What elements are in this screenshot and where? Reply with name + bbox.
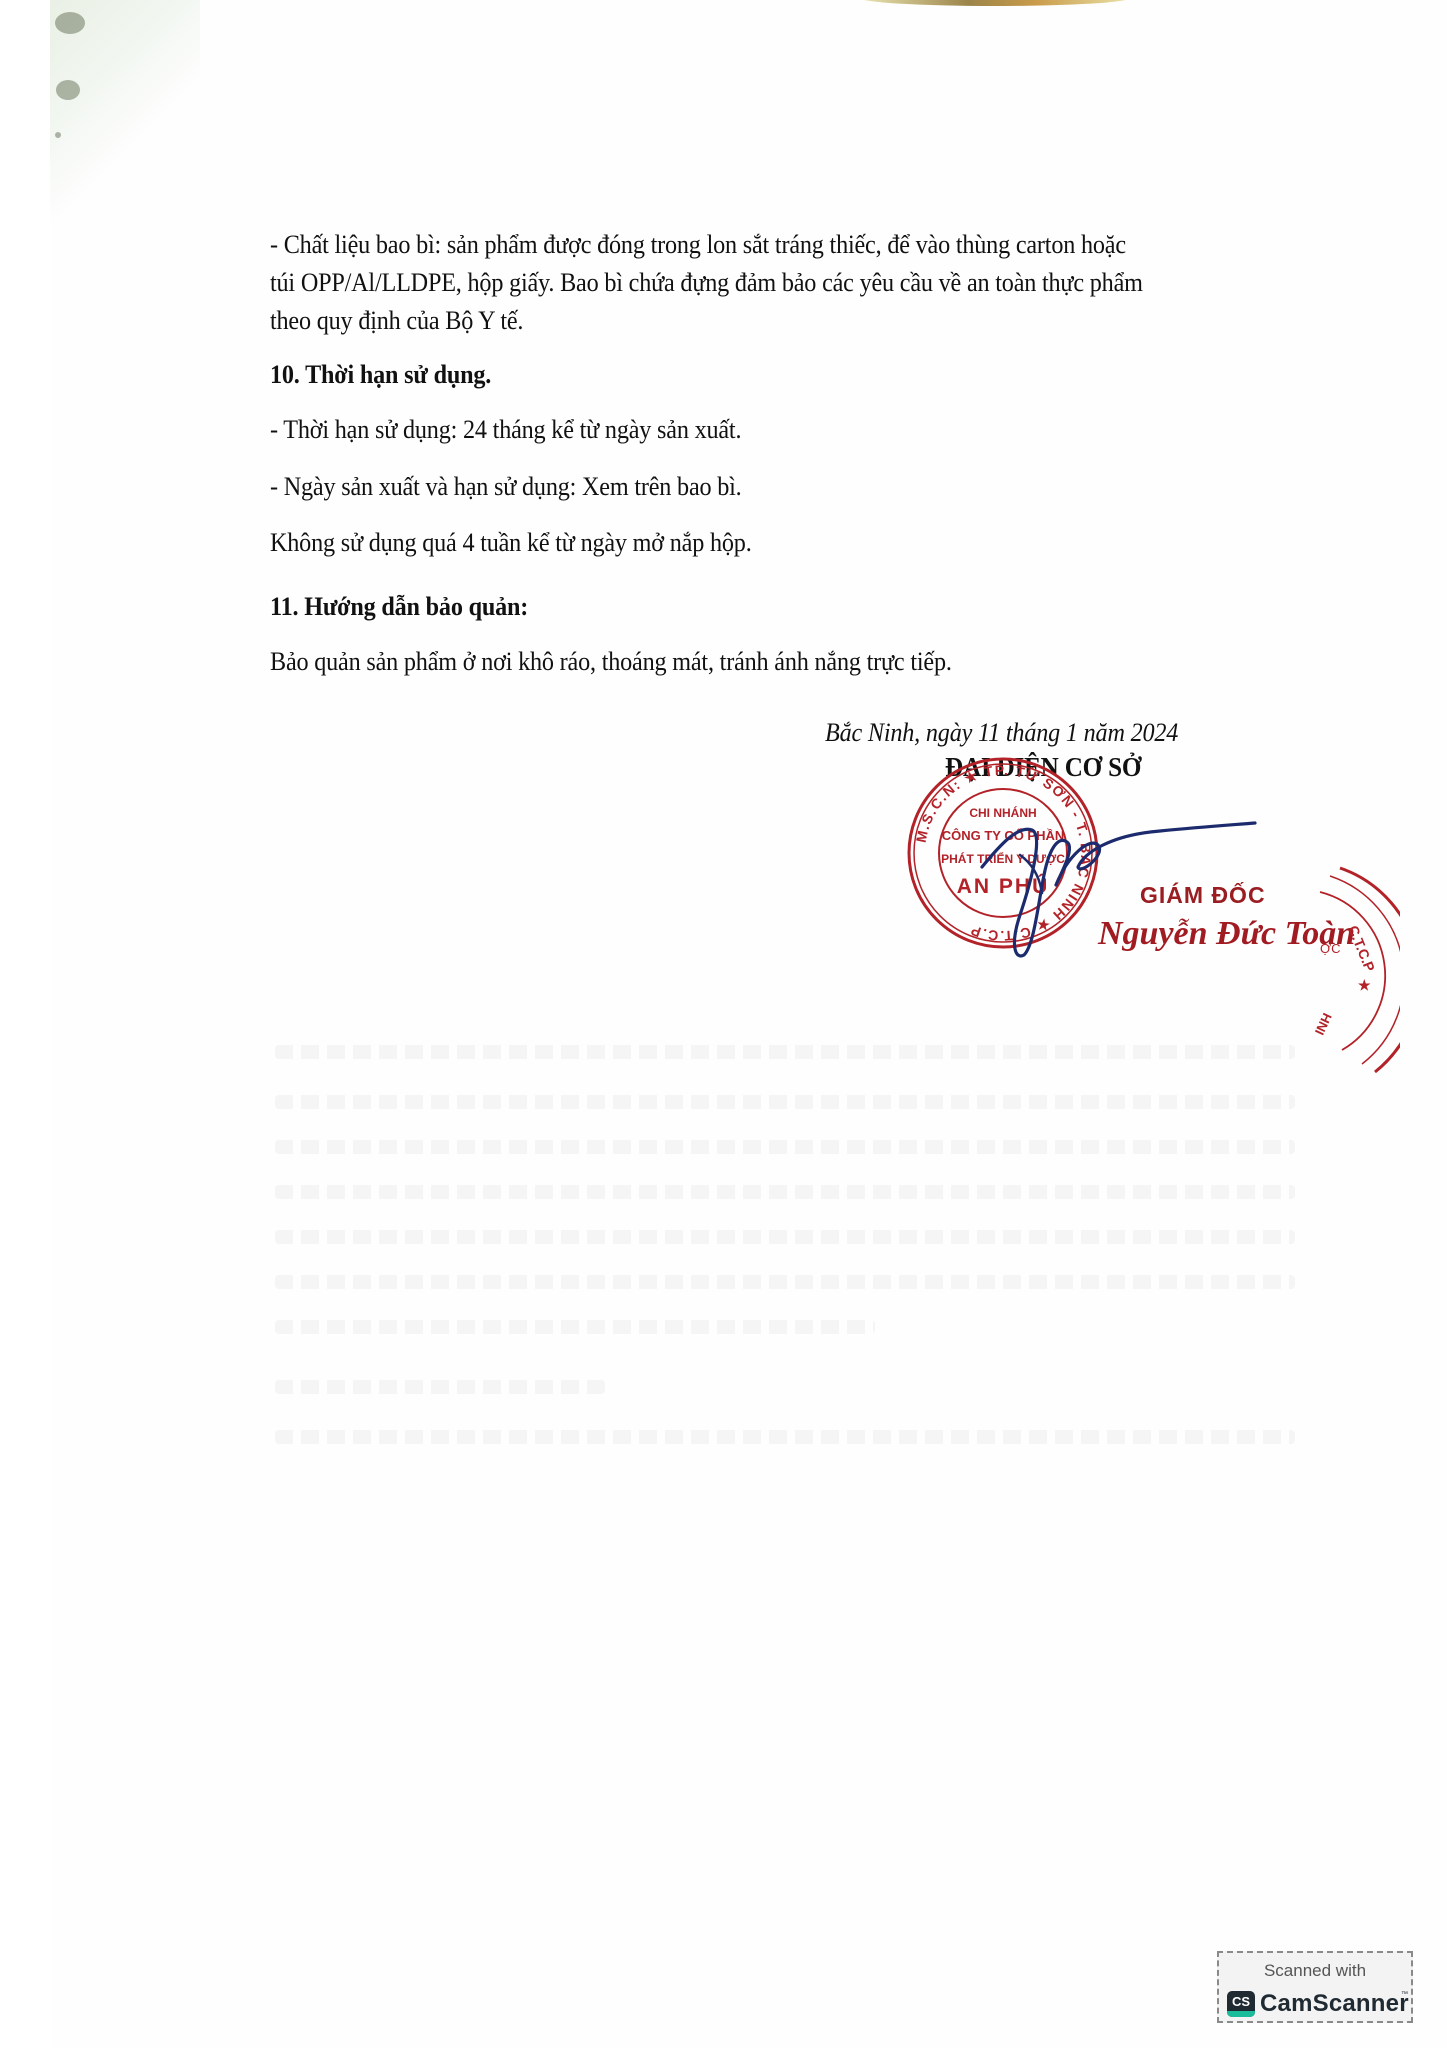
camscanner-logo-icon: CS bbox=[1227, 1991, 1255, 2017]
corner-shadow bbox=[50, 0, 200, 240]
svg-text:HNI: HNI bbox=[1312, 1011, 1335, 1038]
packaging-line: túi OPP/Al/LLDPE, hộp giấy. Bao bì chứa … bbox=[270, 268, 1143, 298]
scan-edge bbox=[0, 0, 52, 2048]
section-11-heading: 11. Hướng dẫn bảo quản: bbox=[270, 592, 528, 622]
bleed-through bbox=[275, 1095, 1295, 1109]
bleed-through bbox=[275, 1185, 1295, 1199]
camscanner-brand: CamScanner bbox=[1260, 1990, 1409, 2018]
top-edge-artifact bbox=[860, 0, 1130, 6]
shelf-life-line: Không sử dụng quá 4 tuần kể từ ngày mở n… bbox=[270, 528, 752, 558]
bleed-through bbox=[275, 1275, 1295, 1289]
scan-speck bbox=[55, 12, 85, 34]
date-line: Bắc Ninh, ngày 11 tháng 1 năm 2024 bbox=[825, 718, 1178, 748]
scan-speck bbox=[55, 132, 61, 138]
shelf-life-line: - Ngày sản xuất và hạn sử dụng: Xem trên… bbox=[270, 472, 742, 502]
scanned-with-label: Scanned with bbox=[1219, 1961, 1411, 1981]
trademark-mark: ™ bbox=[1401, 1991, 1408, 1998]
packaging-line: theo quy định của Bộ Y tế. bbox=[270, 306, 523, 336]
shelf-life-line: - Thời hạn sử dụng: 24 tháng kể từ ngày … bbox=[270, 415, 741, 445]
bleed-through bbox=[275, 1320, 875, 1334]
storage-line: Bảo quản sản phẩm ở nơi khô ráo, thoáng … bbox=[270, 647, 952, 677]
camscanner-badge: Scanned with CS CamScanner ™ bbox=[1217, 1951, 1413, 2023]
section-10-heading: 10. Thời hạn sử dụng. bbox=[270, 360, 491, 390]
bleed-through bbox=[275, 1045, 1295, 1059]
packaging-line: - Chất liệu bao bì: sản phẩm được đóng t… bbox=[270, 230, 1126, 260]
scan-speck bbox=[56, 80, 80, 100]
bleed-through bbox=[275, 1380, 605, 1394]
bleed-through bbox=[275, 1230, 1295, 1244]
bleed-through bbox=[275, 1430, 1295, 1444]
svg-text:ỢC: ỢC bbox=[1320, 941, 1341, 956]
svg-text:★: ★ bbox=[1358, 977, 1371, 993]
bleed-through bbox=[275, 1140, 1295, 1154]
partial-stamp: C.T.C.P ★ HNI ỢC bbox=[1240, 860, 1400, 1080]
scanned-page: - Chất liệu bao bì: sản phẩm được đóng t… bbox=[0, 0, 1447, 2048]
